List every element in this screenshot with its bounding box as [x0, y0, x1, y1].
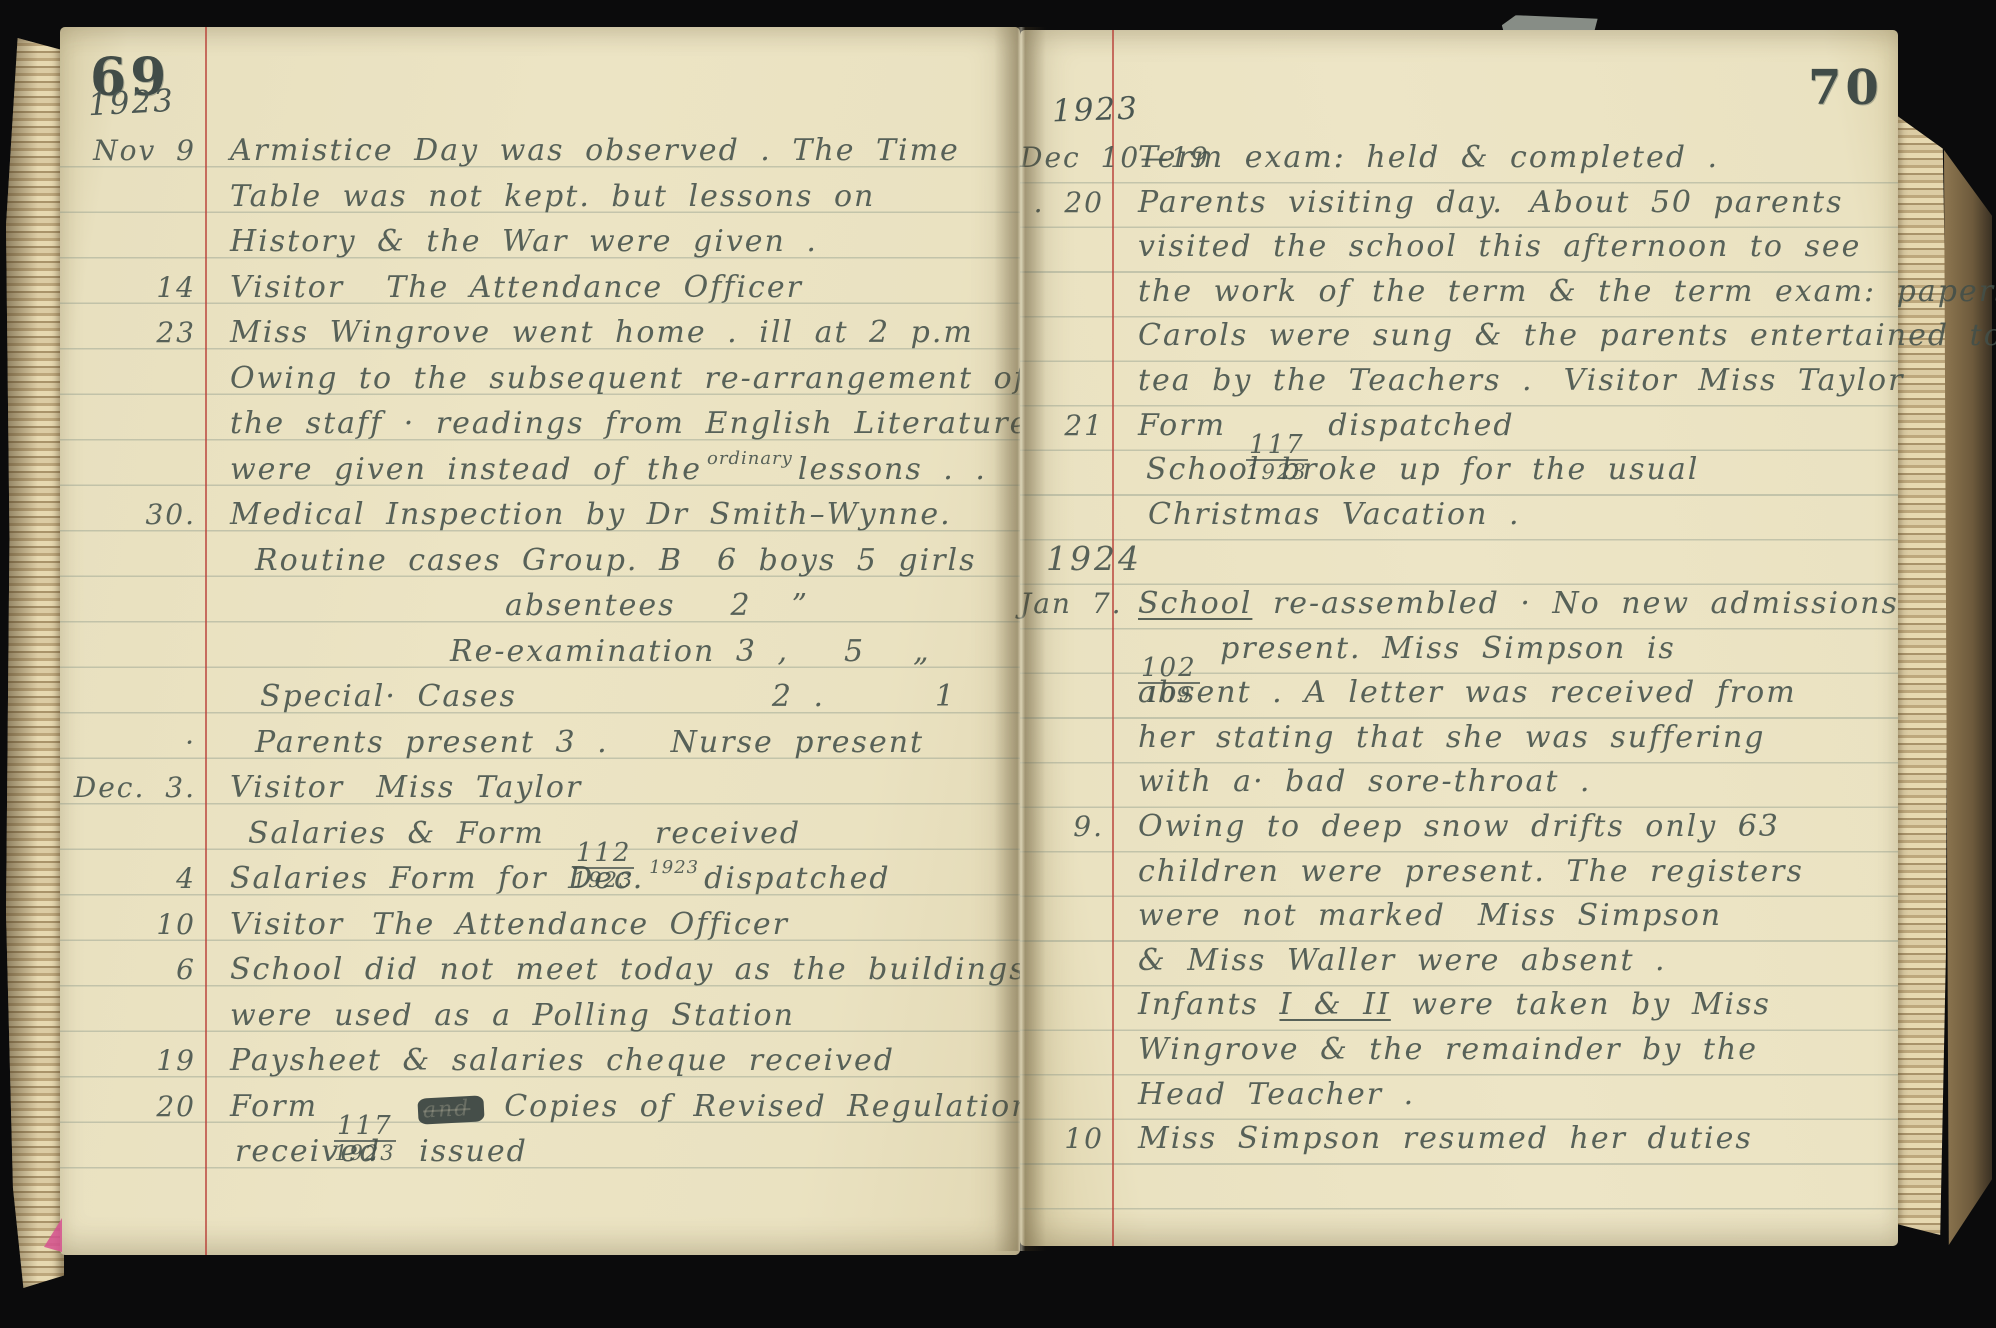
- logbook-entry-line: Special· Cases2 .1: [60, 675, 1020, 719]
- logbook-entry-line: 19Paysheet & salaries cheque received: [60, 1039, 1020, 1083]
- handwritten-text: Special· Cases: [260, 679, 517, 714]
- entry-text: Term exam: held & completed .: [1138, 136, 1719, 180]
- handwritten-text: were not marked: [1138, 898, 1446, 933]
- logbook-entry-line: Re-examination 3 ,5„: [60, 630, 1020, 674]
- entry-date: Jan 7.: [1020, 582, 1104, 626]
- logbook-entry-line: Wingrove & the remainder by the: [1020, 1028, 1898, 1072]
- entry-text: Head Teacher .: [1138, 1073, 1415, 1117]
- entry-text: Carols were sung & the parents entertain…: [1138, 314, 1996, 358]
- handwritten-text: ”: [792, 588, 809, 623]
- handwritten-text: Wingrove & the remainder by the: [1138, 1032, 1758, 1067]
- logbook-entry-line: tea by the Teachers .Visitor Miss Taylor: [1020, 359, 1898, 403]
- handwritten-text: were given instead of the: [230, 452, 702, 487]
- handwritten-text: Visitor: [230, 270, 344, 305]
- entry-text: the work of the term & the term exam: pa…: [1138, 270, 1996, 314]
- handwritten-text: tea by the Teachers .: [1138, 363, 1534, 398]
- entry-text: absentees2”: [505, 584, 809, 628]
- entry-text: Paysheet & salaries cheque received: [230, 1039, 895, 1083]
- handwritten-text: & Miss Waller were absent .: [1138, 943, 1667, 978]
- entry-text: Christmas Vacation .: [1148, 493, 1521, 537]
- logbook-entry-line: Owing to the subsequent re-arrangement o…: [60, 357, 1020, 401]
- logbook-entry-line: 30.Medical Inspection by Dr Smith–Wynne.: [60, 493, 1020, 537]
- entry-text: Parents visiting day.About 50 parents: [1138, 181, 1843, 225]
- year-heading: 1923: [87, 83, 176, 123]
- entry-text: receivedissued: [235, 1130, 528, 1174]
- entry-text: the staff · readings from English Litera…: [230, 402, 1029, 446]
- handwritten-text: Carols were sung & the parents entertain…: [1138, 318, 1996, 353]
- entry-date: ·: [66, 721, 196, 765]
- entry-date: 20: [66, 1085, 196, 1129]
- left-page-edge-stack: [6, 38, 64, 1288]
- entry-date: Dec 10—19: [1020, 136, 1104, 180]
- entry-text: with a· bad sore-throat .: [1138, 760, 1591, 804]
- page-number-stamp: 70: [1808, 60, 1883, 116]
- entry-text: Owing to deep snow drifts only 63: [1138, 805, 1780, 849]
- logbook-entry-line: 20Form1171923and Copies of Revised Regul…: [60, 1085, 1020, 1129]
- handwritten-text: About 50 parents: [1530, 185, 1844, 220]
- entry-text: School re-assembled · No new admissions: [1138, 582, 1899, 626]
- handwritten-text: children were present. The registers: [1138, 854, 1804, 889]
- handwritten-text: her stating that she was suffering: [1138, 720, 1766, 755]
- handwritten-text: with a· bad sore-throat .: [1138, 764, 1591, 799]
- logbook-entry-line: . 20Parents visiting day.About 50 parent…: [1020, 181, 1898, 225]
- handwritten-text: 2 .: [772, 679, 825, 714]
- entry-text: were not markedMiss Simpson: [1138, 894, 1722, 938]
- logbook-entry-line: 9.Owing to deep snow drifts only 63: [1020, 805, 1898, 849]
- logbook-entry-line: 21Form1171923 dispatched: [1020, 404, 1898, 448]
- entry-text: Re-examination 3 ,5„: [450, 630, 931, 674]
- logbook-entry-line: with a· bad sore-throat .: [1020, 760, 1898, 804]
- entry-text: Salaries Form for Dec.1923dispatched: [230, 857, 891, 905]
- entry-date: 6: [66, 948, 196, 992]
- entry-text: VisitorMiss Taylor: [230, 766, 582, 810]
- handwritten-text: the work of the term & the term exam: pa…: [1138, 274, 1996, 309]
- handwritten-text: Form: [230, 1089, 318, 1124]
- entry-date: 1924: [1020, 537, 1130, 581]
- entry-text: Medical Inspection by Dr Smith–Wynne.: [230, 493, 952, 537]
- handwritten-text: Visitor Miss Taylor: [1564, 363, 1905, 398]
- entry-text: Armistice Day was observed . The Time: [230, 129, 960, 173]
- entry-text: Infants I & II were taken by Miss: [1138, 983, 1771, 1027]
- handwritten-text: Salaries & Form: [248, 816, 545, 851]
- logbook-entry-line: 4Salaries Form for Dec.1923dispatched: [60, 857, 1020, 901]
- handwritten-text: absent . A letter was received from: [1138, 675, 1797, 710]
- entry-date: 30.: [66, 493, 196, 537]
- logbook-entry-line: Dec. 3.VisitorMiss Taylor: [60, 766, 1020, 810]
- logbook-entry-line: Jan 7.School re-assembled · No new admis…: [1020, 582, 1898, 626]
- logbook-entry-line: absent . A letter was received from: [1020, 671, 1898, 715]
- logbook-entry-line: History & the War were given .: [60, 220, 1020, 264]
- underlined-text: School: [1138, 586, 1252, 621]
- handwritten-text: Parents present 3 .: [255, 725, 609, 760]
- handwritten-text: Head Teacher .: [1138, 1077, 1415, 1112]
- entry-text: VisitorThe Attendance Officer: [230, 266, 803, 310]
- handwritten-text: Owing to deep snow drifts only 63: [1138, 809, 1780, 844]
- entry-text: were given instead of theordinarylessons…: [230, 448, 987, 496]
- interlinear-insertion: 1923: [649, 846, 699, 890]
- entry-text: tea by the Teachers .Visitor Miss Taylor: [1138, 359, 1904, 403]
- logbook-entry-line: were given instead of theordinarylessons…: [60, 448, 1020, 492]
- logbook-entry-line: receivedissued: [60, 1130, 1020, 1174]
- handwritten-text: Visitor: [230, 770, 344, 805]
- logbook-entry-line: 10VisitorThe Attendance Officer: [60, 903, 1020, 947]
- entry-date: 10: [66, 903, 196, 947]
- handwritten-text: lessons . .: [798, 452, 987, 487]
- logbook-entry-line: Dec 10—19Term exam: held & completed .: [1020, 136, 1898, 180]
- entry-date: Dec. 3.: [66, 766, 196, 810]
- entry-text: Parents present 3 .Nurse present: [255, 721, 924, 765]
- logbook-entry-line: Salaries & Form1121923 received: [60, 812, 1020, 856]
- entry-text: School broke up for the usual: [1146, 448, 1699, 492]
- logbook-entry-line: ·Parents present 3 .Nurse present: [60, 721, 1020, 765]
- entry-date: 19: [66, 1039, 196, 1083]
- entry-text: visited the school this afternoon to see: [1138, 225, 1861, 269]
- entry-date: 14: [66, 266, 196, 310]
- entry-text: VisitorThe Attendance Officer: [230, 903, 789, 947]
- logbook-entry-line: 23Miss Wingrove went home . ill at 2 p.m: [60, 311, 1020, 355]
- logbook-entry-line: 1924: [1020, 537, 1898, 581]
- handwritten-text: Nurse present: [671, 725, 924, 760]
- handwritten-text: 2: [731, 588, 752, 623]
- logbook-entry-line: her stating that she was suffering: [1020, 716, 1898, 760]
- handwritten-text: 6 boys 5 girls: [717, 543, 977, 578]
- handwritten-text: Miss Taylor: [376, 770, 582, 805]
- handwritten-text: received: [235, 1134, 381, 1169]
- logbook-entry-line: Infants I & II were taken by Miss: [1020, 983, 1898, 1027]
- entry-text: absent . A letter was received from: [1138, 671, 1797, 715]
- handwritten-text: Parents visiting day.: [1138, 185, 1504, 220]
- handwritten-text: „: [913, 634, 931, 669]
- logbook-entry-line: & Miss Waller were absent .: [1020, 939, 1898, 983]
- logbook-entry-line: 14VisitorThe Attendance Officer: [60, 266, 1020, 310]
- handwritten-text: were used as a Polling Station: [230, 998, 795, 1033]
- entry-text: School did not meet today as the buildin…: [230, 948, 1027, 992]
- handwritten-text: Routine cases Group. B: [255, 543, 683, 578]
- handwritten-text: Miss Simpson: [1478, 898, 1722, 933]
- logbook-entry-line: Head Teacher .: [1020, 1073, 1898, 1117]
- logbook-entry-line: 6School did not meet today as the buildi…: [60, 948, 1020, 992]
- logbook-entry-line: were not markedMiss Simpson: [1020, 894, 1898, 938]
- handwritten-text: Re-examination 3 ,: [450, 634, 789, 669]
- handwritten-text: Medical Inspection by Dr Smith–Wynne.: [230, 497, 952, 532]
- handwritten-text: Paysheet & salaries cheque received: [230, 1043, 895, 1078]
- entry-date: . 20: [1020, 181, 1104, 225]
- logbook-entry-line: 10Miss Simpson resumed her duties: [1020, 1117, 1898, 1161]
- handwritten-text: Miss Simpson resumed her duties: [1138, 1121, 1753, 1156]
- entry-text: Miss Simpson resumed her duties: [1138, 1117, 1753, 1161]
- handwritten-text: Copies of Revised Regulation—: [484, 1089, 1065, 1124]
- handwritten-text: Form: [1138, 408, 1226, 443]
- entry-date: 21: [1020, 404, 1104, 448]
- logbook-entry-line: Routine cases Group. B6 boys 5 girls: [60, 539, 1020, 583]
- handwritten-text: Miss Wingrove went home . ill at 2 p.m: [230, 315, 974, 350]
- logbook-entry-line: 102109 present. Miss Simpson is: [1020, 627, 1898, 671]
- handwritten-text: re-assembled · No new admissions: [1252, 586, 1898, 621]
- logbook-page-70: 70 1923 Dec 10—19Term exam: held & compl…: [1020, 30, 1898, 1246]
- logbook-entry-line: Christmas Vacation .: [1020, 493, 1898, 537]
- handwritten-text: absentees: [505, 588, 676, 623]
- handwritten-text: Term exam: held & completed .: [1138, 140, 1719, 175]
- entry-text: Miss Wingrove went home . ill at 2 p.m: [230, 311, 974, 355]
- entry-text: & Miss Waller were absent .: [1138, 939, 1667, 983]
- handwritten-text: Visitor: [230, 907, 344, 942]
- entry-text: History & the War were given .: [230, 220, 818, 264]
- entry-date: Nov 9: [66, 129, 196, 173]
- underlined-text: I & II: [1279, 987, 1390, 1022]
- handwritten-text: Owing to the subsequent re-arrangement o…: [230, 361, 1059, 396]
- handwritten-text: dispatched: [704, 861, 890, 896]
- logbook-entry-line: School broke up for the usual: [1020, 448, 1898, 492]
- handwritten-text: dispatched: [1308, 408, 1515, 443]
- handwritten-text: The Attendance Officer: [386, 270, 803, 305]
- logbook-page-69: 69 1923 Nov 9Armistice Day was observed …: [60, 27, 1020, 1255]
- year-heading: 1923: [1051, 90, 1139, 129]
- logbook-entry-line: visited the school this afternoon to see: [1020, 225, 1898, 269]
- handwritten-text: Salaries Form for Dec.: [230, 861, 644, 896]
- handwritten-text: the staff · readings from English Litera…: [230, 406, 1029, 441]
- logbook-photo: 69 1923 Nov 9Armistice Day was observed …: [0, 0, 1996, 1328]
- handwritten-text: present. Miss Simpson is: [1200, 631, 1676, 666]
- entry-text: Routine cases Group. B6 boys 5 girls: [255, 539, 977, 583]
- handwritten-text: 5: [844, 634, 865, 669]
- entry-text: Table was not kept. but lessons on: [230, 175, 875, 219]
- handwritten-text: 1: [935, 679, 956, 714]
- entry-text: were used as a Polling Station: [230, 994, 795, 1038]
- logbook-entry-line: were used as a Polling Station: [60, 994, 1020, 1038]
- logbook-entry-line: Carols were sung & the parents entertain…: [1020, 314, 1898, 358]
- entry-date: 9.: [1020, 805, 1104, 849]
- handwritten-text: Table was not kept. but lessons on: [230, 179, 875, 214]
- logbook-entry-line: the work of the term & the term exam: pa…: [1020, 270, 1898, 314]
- handwritten-text: Armistice Day was observed . The Time: [230, 133, 960, 168]
- handwritten-text: School did not meet today as the buildin…: [230, 952, 1027, 987]
- handwritten-text: The Attendance Officer: [372, 907, 789, 942]
- logbook-entry-line: Table was not kept. but lessons on: [60, 175, 1020, 219]
- handwritten-text: History & the War were given .: [230, 224, 818, 259]
- entry-text: Owing to the subsequent re-arrangement o…: [230, 357, 1059, 401]
- entry-date: 10: [1020, 1117, 1104, 1161]
- entry-text: her stating that she was suffering: [1138, 716, 1766, 760]
- entry-text: Special· Cases2 .1: [260, 675, 956, 719]
- entry-text: Wingrove & the remainder by the: [1138, 1028, 1758, 1072]
- handwritten-text: issued: [419, 1134, 528, 1169]
- entry-date: 4: [66, 857, 196, 901]
- handwritten-text: were taken by Miss: [1391, 987, 1771, 1022]
- crossed-out-word: and: [417, 1095, 484, 1124]
- interlinear-insertion: ordinary: [707, 437, 793, 481]
- logbook-entry-line: children were present. The registers: [1020, 850, 1898, 894]
- handwritten-text: visited the school this afternoon to see: [1138, 229, 1861, 264]
- handwritten-text: Christmas Vacation .: [1148, 497, 1521, 532]
- logbook-entry-line: Nov 9Armistice Day was observed . The Ti…: [60, 129, 1020, 173]
- entry-text: children were present. The registers: [1138, 850, 1804, 894]
- entry-date: 23: [66, 311, 196, 355]
- logbook-entry-line: absentees2”: [60, 584, 1020, 628]
- handwritten-text: Infants: [1138, 987, 1279, 1022]
- handwritten-text: School broke up for the usual: [1146, 452, 1699, 487]
- logbook-entry-line: the staff · readings from English Litera…: [60, 402, 1020, 446]
